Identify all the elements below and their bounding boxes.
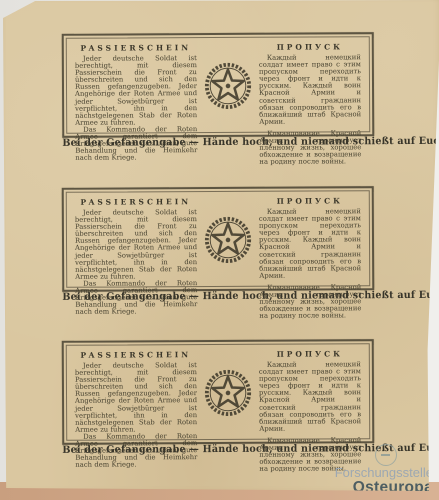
star-emblem-icon (202, 350, 254, 436)
slogan-line: Bei der Gefangengabe — Hände hoch, und n… (62, 443, 379, 456)
pass-unit-1: PASSIERSCHEIN Jeder deutsche Soldat ist … (62, 32, 375, 138)
german-column: PASSIERSCHEIN Jeder deutsche Soldat ist … (75, 350, 197, 437)
star-emblem-icon (202, 197, 254, 283)
propusk-title: ПРОПУСК (259, 196, 361, 206)
german-paragraph-1: Jeder deutsche Soldat ist berechtigt, mi… (75, 55, 197, 127)
pass-box: PASSIERSCHEIN Jeder deutsche Soldat ist … (62, 32, 375, 138)
german-paragraph-1: Jeder deutsche Soldat ist berechtigt, mi… (75, 209, 197, 281)
slogan-line: Bei der Gefangengabe — Hände hoch, und n… (62, 136, 379, 149)
pass-box: PASSIERSCHEIN Jeder deutsche Soldat ist … (62, 339, 375, 445)
stamp-line-1: Forschungsstelle (335, 466, 433, 480)
russian-column: ПРОПУСК Каждый немецкий солдат имеет пра… (259, 196, 361, 283)
propusk-title: ПРОПУСК (259, 349, 361, 359)
slogan-line: Bei der Gefangengabe — Hände hoch, und n… (62, 290, 379, 303)
stamp-circle-icon (375, 444, 397, 466)
german-paragraph-1: Jeder deutsche Soldat ist berechtigt, mi… (75, 362, 197, 434)
russian-column: ПРОПУСК Каждый немецкий солдат имеет пра… (259, 42, 361, 129)
russian-paragraph-1: Каждый немецкий солдат имеет право с эти… (259, 208, 361, 279)
russian-paragraph-1: Каждый немецкий солдат имеет право с эти… (259, 54, 361, 125)
passierschein-title: PASSIERSCHEIN (75, 350, 197, 360)
propusk-title: ПРОПУСК (259, 42, 361, 52)
german-column: PASSIERSCHEIN Jeder deutsche Soldat ist … (75, 43, 197, 130)
paper-sheet: PASSIERSCHEIN Jeder deutsche Soldat ist … (0, 0, 439, 500)
pass-unit-2: PASSIERSCHEIN Jeder deutsche Soldat ist … (62, 186, 375, 292)
passierschein-title: PASSIERSCHEIN (75, 197, 197, 207)
scan-background: PASSIERSCHEIN Jeder deutsche Soldat ist … (0, 0, 439, 500)
pass-box: PASSIERSCHEIN Jeder deutsche Soldat ist … (62, 186, 375, 292)
russian-paragraph-1: Каждый немецкий солдат имеет право с эти… (259, 361, 361, 432)
pass-unit-3: PASSIERSCHEIN Jeder deutsche Soldat ist … (62, 339, 375, 445)
russian-column: ПРОПУСК Каждый немецкий солдат имеет пра… (259, 349, 361, 436)
passierschein-title: PASSIERSCHEIN (75, 43, 197, 53)
german-column: PASSIERSCHEIN Jeder deutsche Soldat ist … (75, 197, 197, 284)
star-emblem-icon (202, 43, 254, 129)
